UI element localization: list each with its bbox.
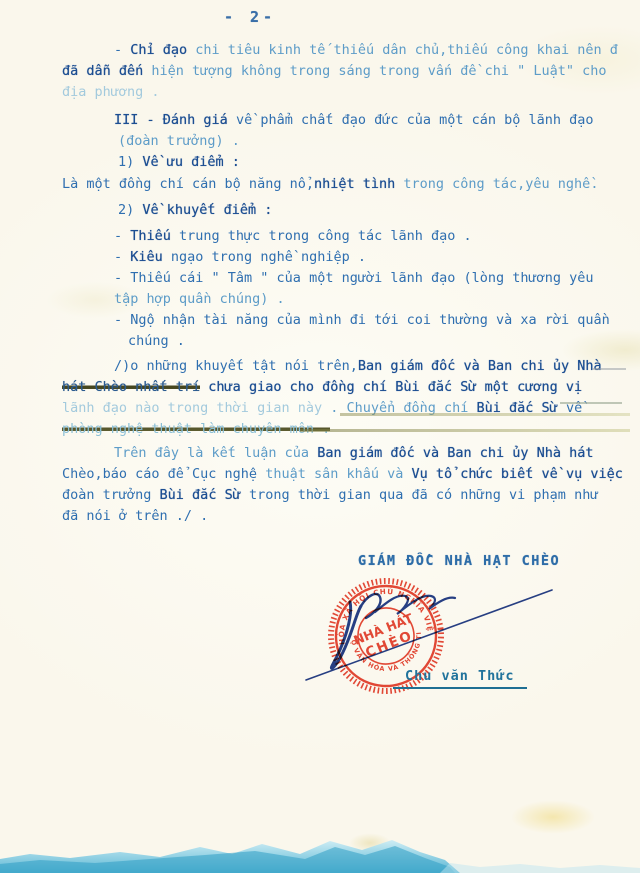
text-segment: thuật sân khấu và: [257, 466, 411, 482]
typewritten-line: Trên đây là kết luận của Ban giám đốc và…: [114, 443, 622, 464]
margin-dash-mark: [592, 368, 626, 370]
typewritten-line: Là một đồng chí cán bộ năng nổ,nhiệt tìn…: [62, 174, 622, 195]
typewritten-line: - Thiếu cái " Tâm " của một người lãnh đ…: [114, 268, 622, 289]
text-segment: tập hợp quần chúng) .: [114, 291, 285, 307]
text-segment: Về khuyết điểm :: [142, 202, 272, 218]
text-segment: Thiếu: [130, 228, 171, 244]
olive-strike-streak-upper: [340, 413, 630, 416]
text-segment: III -: [114, 112, 163, 128]
text-segment: phòng nghệ thuật làm chuyên môn .: [62, 421, 330, 437]
text-segment: trong công tác,yêu nghề.: [395, 176, 598, 192]
typewritten-line: đoàn trưởng Bùi đắc Sừ trong thời gian q…: [62, 485, 622, 506]
typewritten-line: địa phương .: [62, 82, 622, 103]
signer-name: Chu văn Thức: [393, 668, 527, 689]
text-segment: Ban giám đốc và Ban chi ủy Nhà: [358, 358, 602, 374]
text-segment: Kiêu: [130, 249, 163, 265]
text-segment: Vụ tổ chức biết về vụ việc: [412, 466, 623, 482]
text-segment: 2): [118, 202, 142, 218]
scanned-document-page: - 2- - Chỉ đạo chi tiêu kinh tế thiếu dâ…: [0, 0, 640, 873]
text-segment: -: [114, 249, 130, 265]
document-body: - Chỉ đạo chi tiêu kinh tế thiếu dân chủ…: [62, 40, 622, 527]
typewritten-line: - Kiêu ngạo trong nghề nghiệp .: [114, 247, 622, 268]
olive-strike-streak-lower: [300, 429, 630, 432]
typewritten-line: đã dẫn đến hiện tượng không trong sáng t…: [62, 61, 622, 82]
text-segment: nhiệt tình: [314, 176, 395, 192]
text-segment: địa phương .: [62, 84, 160, 100]
text-segment: chi tiêu kinh tế thiếu dân chủ,thiếu côn…: [187, 42, 618, 58]
page-number: - 2-: [0, 8, 500, 26]
text-segment: hiện tượng không trong sáng trong vấn đề…: [143, 63, 606, 79]
typewritten-line: - Ngộ nhận tài năng của mình đi tới coi …: [114, 310, 622, 331]
typewritten-line: hát Chèo nhất trí chưa giao cho đồng chí…: [62, 377, 622, 398]
text-segment: về phẩm chất đạo đức của một cán bộ lãnh…: [228, 112, 594, 128]
text-segment: Chỉ đạo: [130, 42, 187, 58]
text-segment: Trên đây là kết luận của: [114, 445, 317, 461]
typewritten-line: - Thiếu trung thực trong công tác lãnh đ…: [114, 226, 622, 247]
text-segment: 1): [118, 154, 142, 170]
typewritten-line: đã nói ở trên ./ .: [62, 506, 622, 527]
text-segment: Bùi đắc Sừ: [160, 487, 241, 503]
text-segment: trung thực trong công tác lãnh đạo .: [171, 228, 472, 244]
text-segment: chưa giao cho: [200, 379, 322, 395]
text-segment: hát Chèo nhất trí: [62, 379, 200, 395]
signature-title: GIÁM ĐỐC NHÀ HẠT CHÈO: [358, 553, 560, 569]
typewritten-line: chúng .: [128, 331, 622, 352]
text-segment: đã dẫn đến: [62, 63, 143, 79]
text-segment: Về ưu điểm :: [142, 154, 240, 170]
text-segment: Chèo,báo cáo để Cục nghệ: [62, 466, 257, 482]
text-segment: Là một đồng chí cán bộ năng nổ,: [62, 176, 314, 192]
typewritten-line: - Chỉ đạo chi tiêu kinh tế thiếu dân chủ…: [114, 40, 622, 61]
text-segment: đã nói ở trên ./ .: [62, 508, 208, 524]
typewritten-line: 1) Về ưu điểm :: [118, 152, 622, 173]
typewritten-line: (đoàn trưởng) .: [118, 131, 622, 152]
typewritten-line: Chèo,báo cáo để Cục nghệ thuật sân khấu …: [62, 464, 622, 485]
typewritten-line: III - Đánh giá về phẩm chất đạo đức của …: [114, 110, 622, 131]
text-segment: trong thời gian qua đã có những vi phạm …: [241, 487, 599, 503]
typewritten-line: /)o những khuyết tật nói trên,Ban giám đ…: [114, 356, 622, 377]
text-segment: Ban giám đốc và Ban chi ủy Nhà hát: [317, 445, 593, 461]
text-segment: (đoàn trưởng) .: [118, 133, 240, 149]
text-segment: ngạo trong nghề nghiệp .: [163, 249, 366, 265]
bottom-scan-artifact: [0, 833, 640, 873]
text-segment: -: [114, 42, 130, 58]
text-segment: - Thiếu cái " Tâm " của một người lãnh đ…: [114, 270, 594, 286]
text-segment: lãnh đạo nào trong thời gian này: [62, 400, 322, 416]
typewritten-line: tập hợp quần chúng) .: [114, 289, 622, 310]
text-segment: /)o những khuyết tật nói trên,: [114, 358, 358, 374]
typewritten-line: 2) Về khuyết điểm :: [118, 200, 622, 221]
text-segment: đoàn trưởng: [62, 487, 160, 503]
text-segment: Đánh giá: [163, 112, 228, 128]
text-segment: -: [114, 228, 130, 244]
text-segment: chúng .: [128, 333, 185, 349]
text-segment: - Ngộ nhận tài năng của mình đi tới coi …: [114, 312, 610, 328]
text-segment: đồng chí Bùi đắc Sừ một cương vị: [322, 379, 582, 395]
faded-strike-streak: [560, 402, 622, 404]
